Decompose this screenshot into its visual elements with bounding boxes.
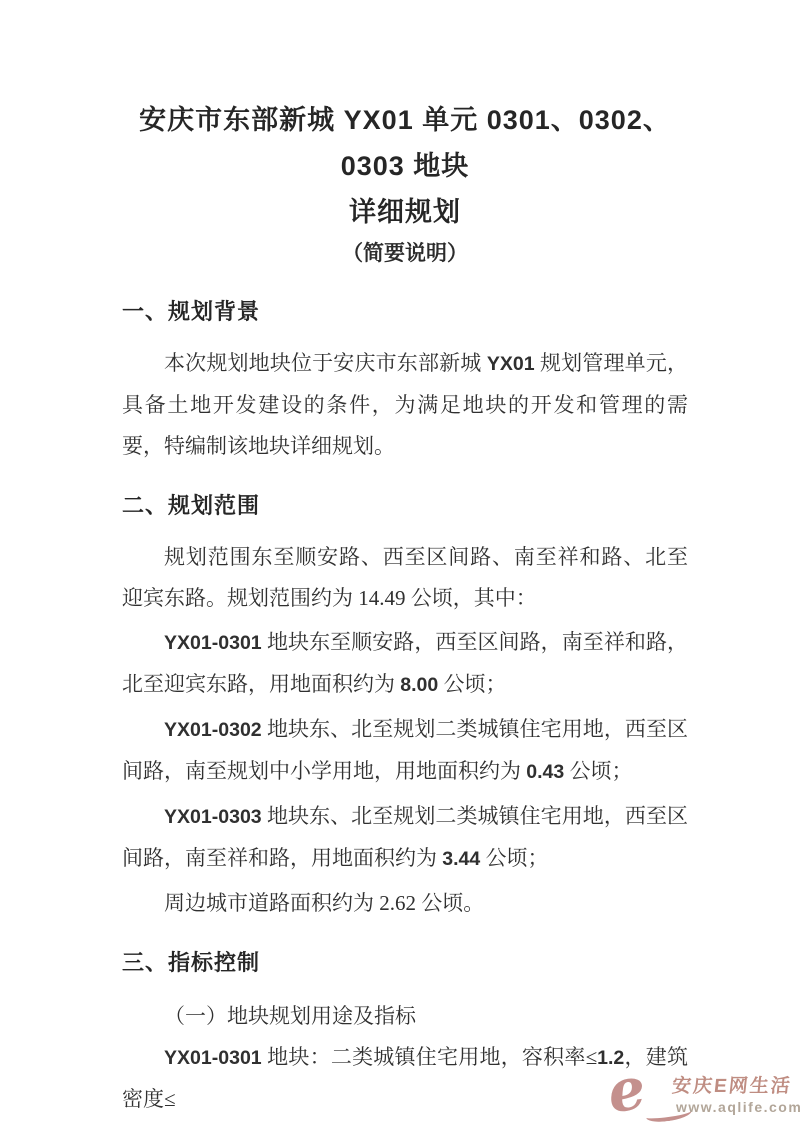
section-heading-2: 二、规划范围	[122, 491, 688, 521]
paragraph: YX01-0301 地块：二类城镇住宅用地，容积率≤1.2，建筑密度≤	[122, 1037, 688, 1120]
document-page: 安庆市东部新城 YX01 单元 0301、0302、0303 地块详细规划 （简…	[0, 0, 800, 1131]
section-heading-1: 一、规划背景	[122, 297, 688, 327]
section-heading-3: 三、指标控制	[122, 948, 688, 978]
document-title-line1: 安庆市东部新城 YX01 单元 0301、0302、0303 地块	[139, 105, 671, 181]
paragraph: 周边城市道路面积约为 2.62 公顷。	[122, 883, 688, 924]
paragraph: YX01-0303 地块东、北至规划二类城镇住宅用地，西至区间路，南至祥和路，用…	[122, 796, 688, 880]
watermark-brand: 安庆E网生活	[671, 1076, 793, 1098]
paragraph: 本次规划地块位于安庆市东部新城 YX01 规划管理单元，具备土地开发建设的条件，…	[122, 343, 688, 467]
aqlife-logo-icon: e	[604, 1059, 649, 1122]
watermark-url: www.aqlife.com	[676, 1099, 800, 1115]
document-subtitle: （简要说明）	[122, 235, 688, 273]
paragraph: YX01-0301 地块东至顺安路，西至区间路，南至祥和路，北至迎宾东路，用地面…	[122, 622, 688, 706]
paragraph: 规划范围东至顺安路、西至区间路、南至祥和路、北至迎宾东路。规划范围约为 14.4…	[122, 537, 688, 619]
document-title-line2: 详细规划	[349, 197, 461, 227]
watermark: e 安庆E网生活 www.aqlife.com	[606, 1073, 796, 1127]
paragraph: YX01-0302 地块东、北至规划二类城镇住宅用地，西至区间路，南至规划中小学…	[122, 709, 688, 793]
document-title: 安庆市东部新城 YX01 单元 0301、0302、0303 地块详细规划	[122, 97, 688, 235]
sub-heading: （一）地块规划用途及指标	[122, 996, 688, 1037]
document-content: 安庆市东部新城 YX01 单元 0301、0302、0303 地块详细规划 （简…	[122, 0, 688, 1123]
